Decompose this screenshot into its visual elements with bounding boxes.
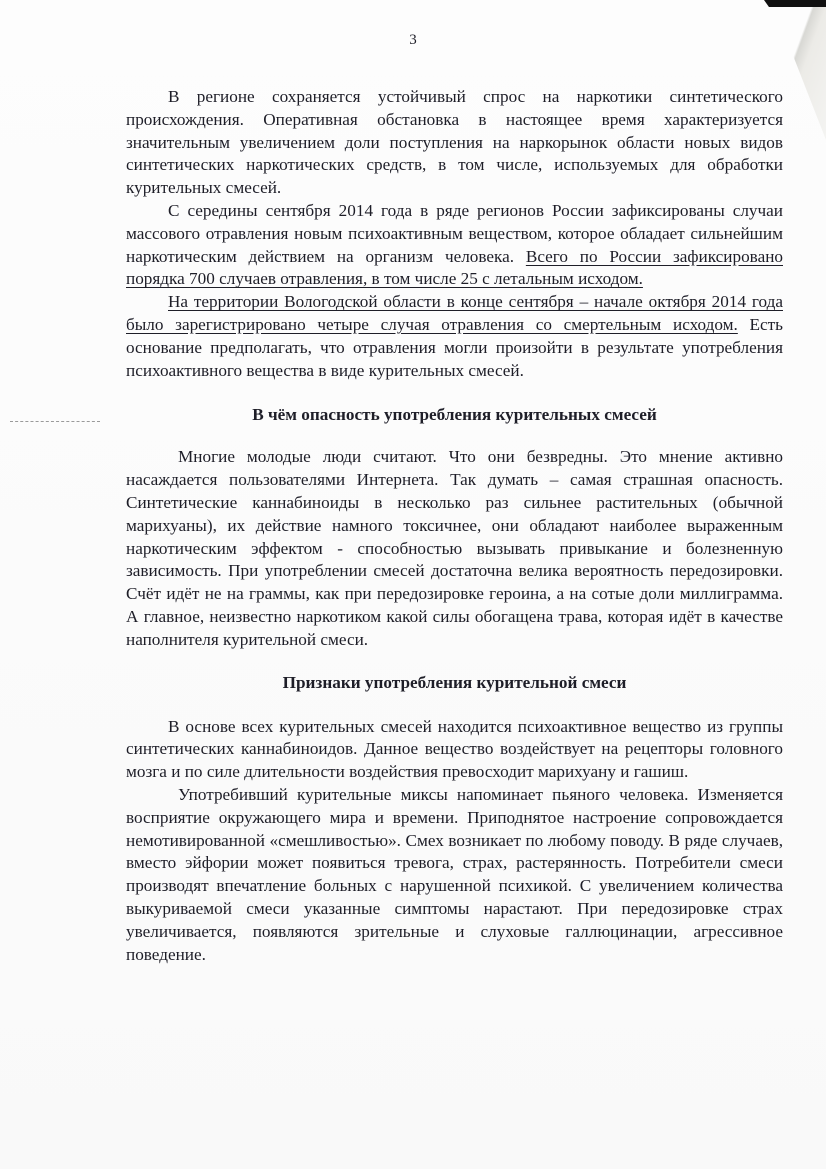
paragraph-demand: В регионе сохраняется устойчивый спрос н… [126, 86, 783, 200]
page-number: 3 [0, 32, 826, 49]
section-heading-signs: Признаки употребления курительной смеси [126, 672, 783, 694]
paragraph-danger: Многие молодые люди считают. Что они без… [126, 446, 783, 651]
paragraph-signs-symptoms: Употребивший курительные миксы напоминае… [126, 784, 783, 966]
paragraph-vologda-cases: На территории Вологодской области в конц… [126, 291, 783, 382]
paragraph-text: В регионе сохраняется устойчивый спрос н… [126, 87, 783, 197]
paragraph-mass-poisoning: С середины сентября 2014 года в ряде рег… [126, 200, 783, 291]
margin-dash-mark [10, 421, 100, 423]
document-body: В регионе сохраняется устойчивый спрос н… [126, 86, 783, 966]
section-heading-danger: В чём опасность употребления курительных… [126, 404, 783, 426]
paragraph-signs-basis: В основе всех курительных смесей находит… [126, 716, 783, 784]
scanned-page: 3 В регионе сохраняется устойчивый спрос… [0, 0, 826, 1169]
scan-edge-shadow [764, 0, 826, 7]
underlined-statistic: На территории Вологодской области в конц… [126, 292, 783, 334]
